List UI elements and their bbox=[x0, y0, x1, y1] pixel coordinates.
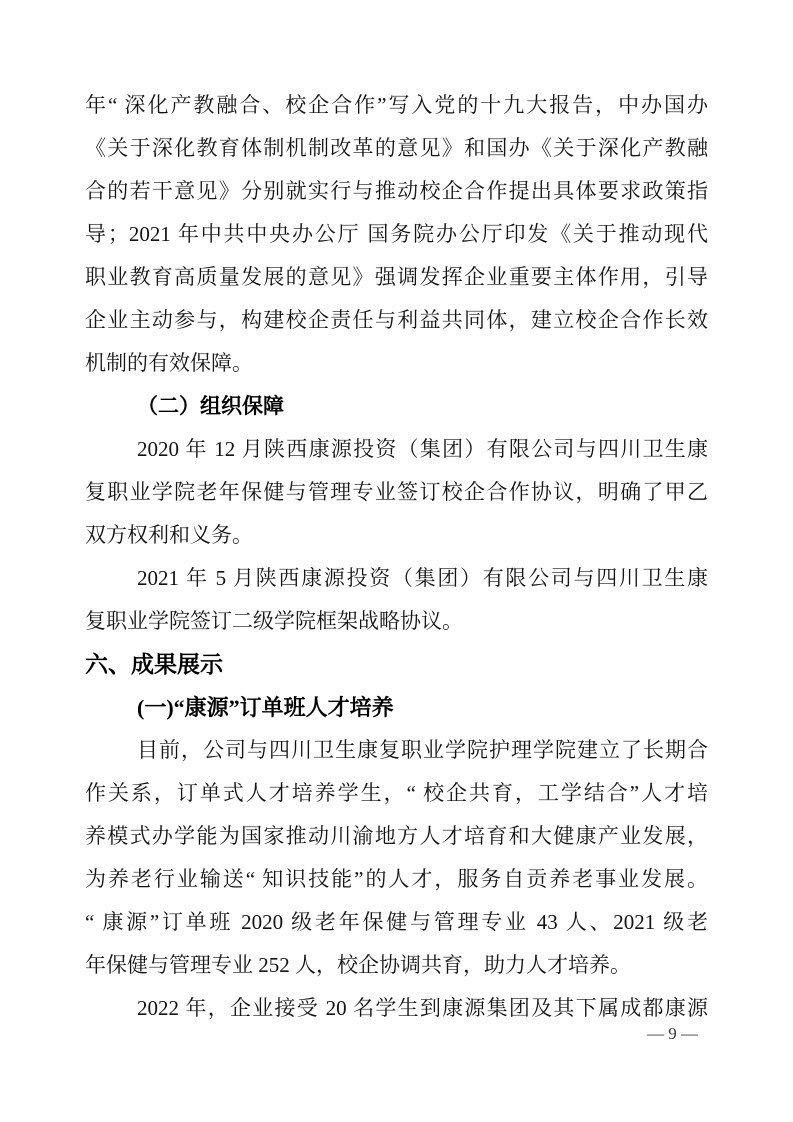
body-line: “ 康源”订单班 2020 级老年保健与管理专业 43 人、2021 级老 bbox=[85, 901, 708, 944]
body-line: 机制的有效保障。 bbox=[85, 342, 708, 385]
body-line: 为养老行业输送“ 知识技能”的人才，服务自贡养老事业发展。 bbox=[85, 858, 708, 901]
body-line: 导；2021 年中共中央办公厅 国务院办公厅印发《关于推动现代 bbox=[85, 213, 708, 256]
body-line: 《关于深化教育体制机制改革的意见》和国办《关于深化产教融 bbox=[85, 127, 708, 170]
document-body: 年“ 深化产教融合、校企合作”写入党的十九大报告，中办国办 《关于深化教育体制机… bbox=[85, 84, 708, 1030]
page-number: — 9 — bbox=[647, 1024, 698, 1043]
body-line: 双方权利和义务。 bbox=[85, 514, 708, 557]
body-line: 复职业学院老年保健与管理专业签订校企合作协议，明确了甲乙 bbox=[85, 471, 708, 514]
document-page: 年“ 深化产教融合、校企合作”写入党的十九大报告，中办国办 《关于深化教育体制机… bbox=[0, 0, 793, 1122]
body-line: 复职业学院签订二级学院框架战略协议。 bbox=[85, 600, 708, 643]
body-line: 企业主动参与，构建校企责任与利益共同体，建立校企合作长效 bbox=[85, 299, 708, 342]
heading-section-6-results: 六、成果展示 bbox=[85, 643, 708, 686]
body-line: 养模式办学能为国家推动川渝地方人才培育和大健康产业发展， bbox=[85, 815, 708, 858]
body-line: 年“ 深化产教融合、校企合作”写入党的十九大报告，中办国办 bbox=[85, 84, 708, 127]
heading-subsection-1-order-class: (一)“康源”订单班人才培养 bbox=[85, 686, 708, 729]
body-line: 2020 年 12 月陕西康源投资（集团）有限公司与四川卫生康 bbox=[85, 428, 708, 471]
body-line: 2021 年 5 月陕西康源投资（集团）有限公司与四川卫生康 bbox=[85, 557, 708, 600]
body-line: 年保健与管理专业 252 人，校企协调共育，助力人才培养。 bbox=[85, 944, 708, 987]
body-line: 合的若干意见》分别就实行与推动校企合作提出具体要求政策指 bbox=[85, 170, 708, 213]
heading-subsection-2-organization: （二）组织保障 bbox=[85, 385, 708, 428]
body-line: 职业教育高质量发展的意见》强调发挥企业重要主体作用，引导 bbox=[85, 256, 708, 299]
body-line: 作关系，订单式人才培养学生，“ 校企共育，工学结合”人才培 bbox=[85, 772, 708, 815]
body-line: 目前，公司与四川卫生康复职业学院护理学院建立了长期合 bbox=[85, 729, 708, 772]
page-footer: — 9 — bbox=[85, 1024, 708, 1044]
